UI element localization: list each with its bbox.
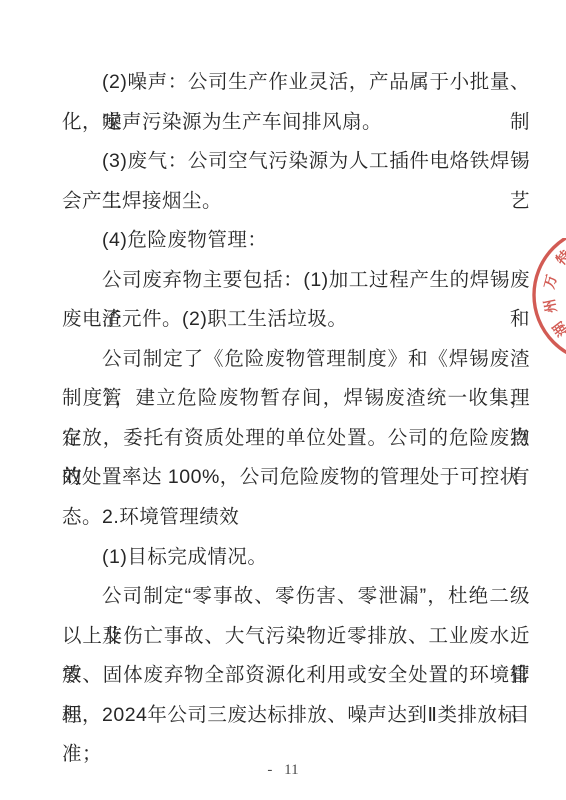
- text-line: 制度》，建立危险废物暂存间，焊锡废渣统一收集，定点: [62, 379, 530, 419]
- text-line: 2.环境管理绩效: [62, 498, 530, 538]
- text-line: 放、固体废弃物全部资源化利用或安全处置的环境管理目: [62, 656, 530, 696]
- text-line: (4)危险废物管理：: [62, 221, 530, 261]
- text-line: 公司废弃物主要包括：(1)加工过程产生的焊锡废渣和: [62, 261, 530, 301]
- text-line: 效处置率达 100%，公司危险废物的管理处于可控状态。: [62, 458, 530, 498]
- body-text: (2)噪声：公司生产作业灵活，产品属于小批量、定制 化，噪声污染源为生产车间排风…: [62, 63, 530, 735]
- text-line: (3)废气：公司空气污染源为人工插件电烙铁焊锡工艺: [62, 142, 530, 182]
- seal-char: 州: [541, 298, 560, 315]
- text-line: (1)目标完成情况。: [62, 538, 530, 578]
- text-line: 以上非伤亡事故、大气污染物近零排放、工业废水近零排: [62, 617, 530, 657]
- text-line: 标，2024年公司三废达标排放、噪声达到Ⅱ类排放标准；: [62, 696, 530, 736]
- page-number: - 11: [0, 762, 566, 779]
- seal-char: 万: [541, 273, 560, 291]
- seal-char: 湖: [549, 319, 566, 340]
- text-line: 公司制定了《危险废物管理制度》和《焊锡废渣管理: [62, 340, 530, 380]
- text-line: 公司制定“零事故、零伤害、零泄漏”，杜绝二级及: [62, 577, 530, 617]
- text-line: 存放，委托有资质处理的单位处置。公司的危险废物的有: [62, 419, 530, 459]
- seal-char: 特: [553, 247, 566, 268]
- document-page: (2)噪声：公司生产作业灵活，产品属于小批量、定制 化，噪声污染源为生产车间排风…: [0, 0, 566, 800]
- text-line: (2)噪声：公司生产作业灵活，产品属于小批量、定制: [62, 63, 530, 103]
